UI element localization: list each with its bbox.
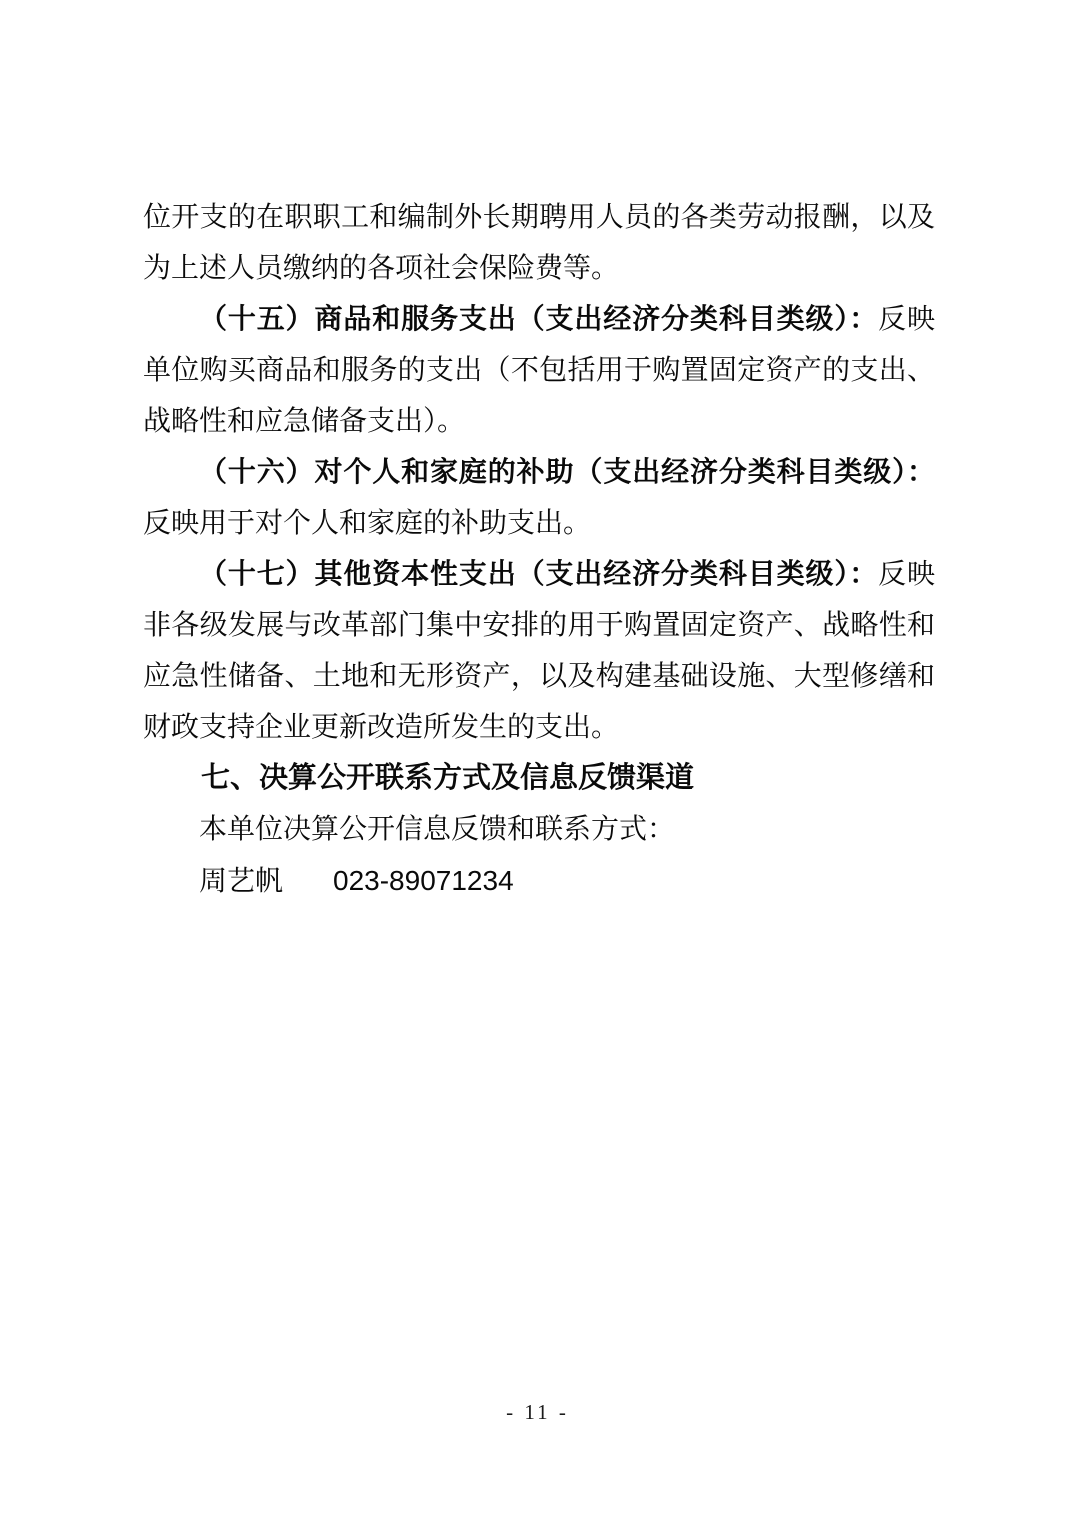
contact-phone: 023-89071234 <box>333 865 514 896</box>
paragraph-item-15: （十五）商品和服务支出（支出经济分类科目类级）：反映单位购买商品和服务的支出（不… <box>143 294 935 447</box>
paragraph-item-16: （十六）对个人和家庭的补助（支出经济分类科目类级）：反映用于对个人和家庭的补助支… <box>143 447 935 549</box>
document-body: 位开支的在职职工和编制外长期聘用人员的各类劳动报酬，以及为上述人员缴纳的各项社会… <box>143 192 935 907</box>
item-16-body: 反映用于对个人和家庭的补助支出。 <box>143 508 591 539</box>
item-15-title: （十五）商品和服务支出（支出经济分类科目类级）： <box>199 304 878 335</box>
paragraph-continuation: 位开支的在职职工和编制外长期聘用人员的各类劳动报酬，以及为上述人员缴纳的各项社会… <box>143 192 935 294</box>
contact-line: 周艺帆023-89071234 <box>143 855 935 907</box>
paragraph-item-17: （十七）其他资本性支出（支出经济分类科目类级）：反映非各级发展与改革部门集中安排… <box>143 549 935 753</box>
item-17-title: （十七）其他资本性支出（支出经济分类科目类级）： <box>199 559 878 590</box>
section-7-intro: 本单位决算公开信息反馈和联系方式： <box>143 804 935 855</box>
item-16-title: （十六）对个人和家庭的补助（支出经济分类科目类级）： <box>199 457 935 488</box>
section-7-heading: 七、决算公开联系方式及信息反馈渠道 <box>143 753 935 804</box>
document-page: 位开支的在职职工和编制外长期聘用人员的各类劳动报酬，以及为上述人员缴纳的各项社会… <box>0 0 1075 1520</box>
contact-name: 周艺帆 <box>199 866 283 897</box>
page-number: - 11 - <box>0 1400 1075 1425</box>
